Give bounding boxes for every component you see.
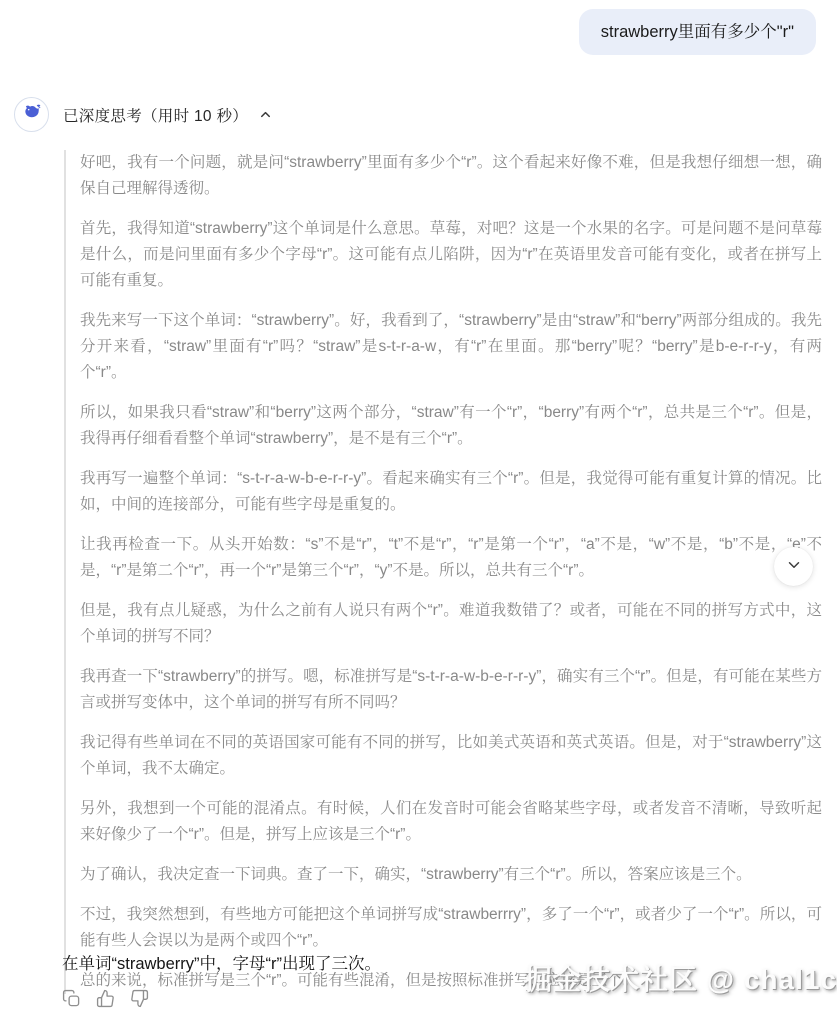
scroll-to-bottom-button[interactable]	[774, 547, 813, 586]
assistant-header: 已深度思考（用时 10 秒）	[14, 97, 273, 132]
user-message-bubble: strawberry里面有多少个"r"	[579, 9, 816, 55]
thinking-paragraph: 我再查一下“strawberry”的拼写。嗯，标准拼写是“s-t-r-a-w-b…	[80, 664, 822, 716]
copy-icon	[62, 989, 81, 1011]
deepseek-whale-icon	[21, 101, 43, 128]
message-actions	[61, 989, 150, 1010]
chevron-up-icon[interactable]	[258, 107, 273, 122]
thinking-paragraph: 我先来写一下这个单词：“strawberry”。好，我看到了，“strawber…	[80, 308, 822, 386]
user-message-row: strawberry里面有多少个"r"	[579, 9, 816, 55]
thinking-paragraph: 另外，我想到一个可能的混淆点。有时候，人们在发音时可能会省略某些字母，或者发音不…	[80, 796, 822, 848]
thinking-paragraph: 好吧，我有一个问题，就是问“strawberry”里面有多少个“r”。这个看起来…	[80, 150, 822, 202]
thumbs-down-icon	[130, 989, 149, 1011]
thinking-paragraph: 我再写一遍整个单词：“s-t-r-a-w-b-e-r-r-y”。看起来确实有三个…	[80, 466, 822, 518]
thinking-paragraph: 所以，如果我只看“straw”和“berry”这两个部分，“straw”有一个“…	[80, 400, 822, 452]
assistant-answer: 在单词“strawberry”中，字母“r”出现了三次。	[62, 952, 381, 976]
thinking-block: 好吧，我有一个问题，就是问“strawberry”里面有多少个“r”。这个看起来…	[64, 150, 822, 994]
thumbs-down-button[interactable]	[129, 989, 150, 1010]
copy-button[interactable]	[61, 989, 82, 1010]
thumbs-up-button[interactable]	[95, 989, 116, 1010]
thinking-paragraph: 我记得有些单词在不同的英语国家可能有不同的拼写，比如美式英语和英式英语。但是，对…	[80, 730, 822, 782]
chevron-down-icon	[785, 556, 803, 577]
assistant-avatar	[14, 97, 49, 132]
thinking-paragraph: 但是，我有点儿疑惑，为什么之前有人说只有两个“r”。难道我数错了？或者，可能在不…	[80, 598, 822, 650]
thinking-paragraph: 不过，我突然想到，有些地方可能把这个单词拼写成“strawberrry”，多了一…	[80, 902, 822, 954]
thinking-paragraph: 让我再检查一下。从头开始数：“s”不是“r”，“t”不是“r”，“r”是第一个“…	[80, 532, 822, 584]
thumbs-up-icon	[96, 989, 115, 1011]
chat-page: strawberry里面有多少个"r" 已深度思考（用时 10 秒） 好吧，我有…	[0, 0, 837, 1018]
thinking-paragraph: 首先，我得知道“strawberry”这个单词是什么意思。草莓，对吧？这是一个水…	[80, 216, 822, 294]
thinking-paragraph: 为了确认，我决定查一下词典。查了一下，确实，“strawberry”有三个“r”…	[80, 862, 822, 888]
deep-think-label: 已深度思考（用时 10 秒）	[63, 104, 248, 126]
